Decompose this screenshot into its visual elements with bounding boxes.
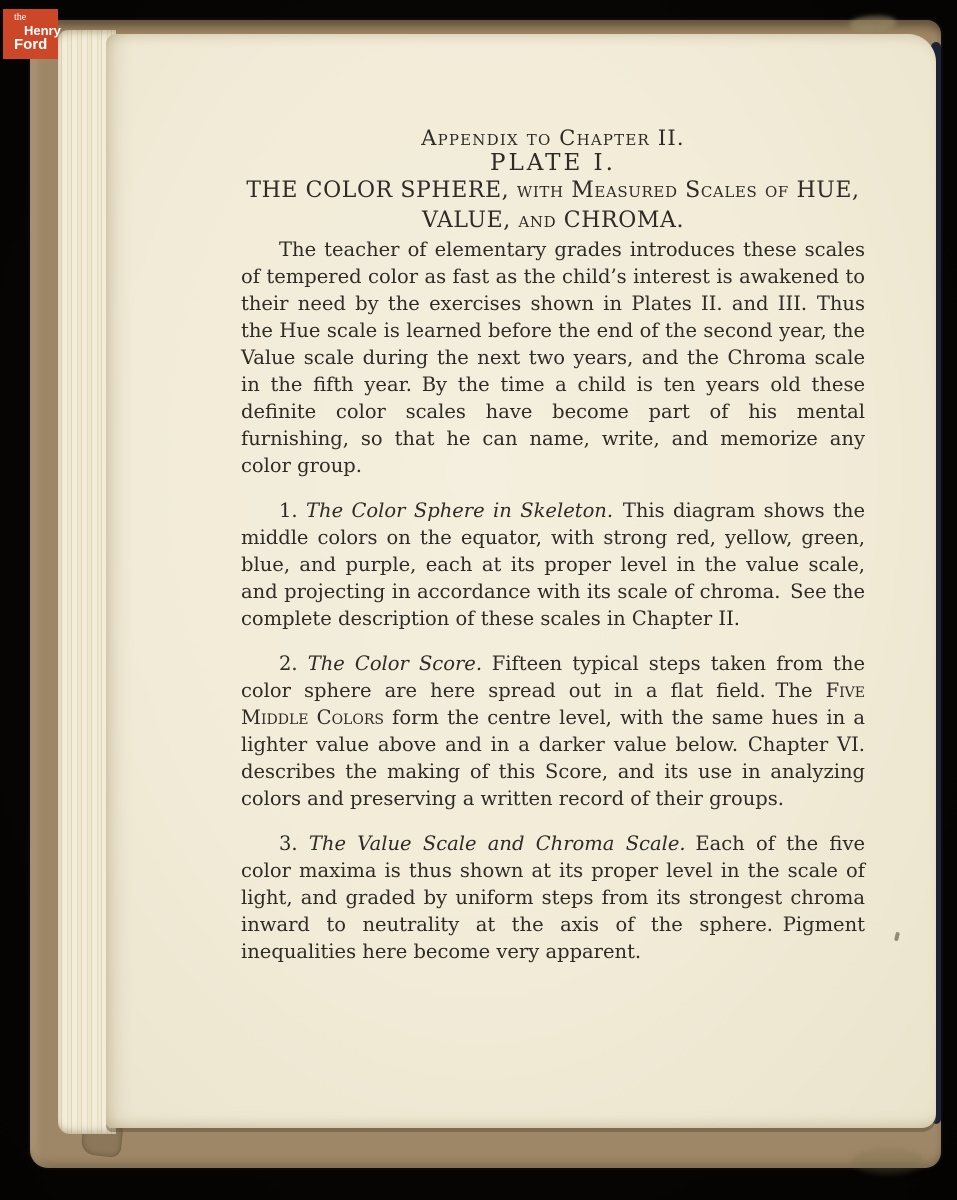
edge-smudge-bottom [852, 1148, 924, 1174]
item-paragraph-3: 3. The Value Scale and Chroma Scale. Eac… [241, 830, 865, 965]
logo-word-the: the [14, 12, 26, 23]
item-3-number: 3. [279, 832, 298, 855]
item-2-number: 2. [279, 652, 298, 675]
appendix-heading: Appendix to Chapter II. [241, 126, 865, 150]
henry-ford-logo: theHenryFord [3, 9, 58, 59]
title-line-2: VALUE, and CHROMA. [422, 208, 684, 233]
book-page: Appendix to Chapter II. PLATE I. THE COL… [106, 34, 936, 1128]
item-3-title: The Value Scale and Chroma Scale. [309, 832, 686, 855]
intro-paragraph: The teacher of elementary grades introdu… [241, 236, 865, 479]
plate-heading: PLATE I. [241, 150, 865, 176]
item-1-title: The Color Sphere in Skeleton. [306, 499, 613, 522]
item-1-number: 1. [279, 499, 298, 522]
page-content: Appendix to Chapter II. PLATE I. THE COL… [241, 126, 865, 965]
item-paragraph-2: 2. The Color Score. Fifteen typical step… [241, 650, 865, 812]
item-paragraph-1: 1. The Color Sphere in Skeleton. This di… [241, 497, 865, 632]
title-line-1: THE COLOR SPHERE, with Measured Scales o… [246, 178, 859, 203]
page-title: THE COLOR SPHERE, with Measured Scales o… [241, 176, 865, 236]
item-2-title: The Color Score. [308, 652, 482, 675]
logo-word-ford: Ford [14, 36, 47, 53]
book-photo: Appendix to Chapter II. PLATE I. THE COL… [0, 0, 957, 1200]
